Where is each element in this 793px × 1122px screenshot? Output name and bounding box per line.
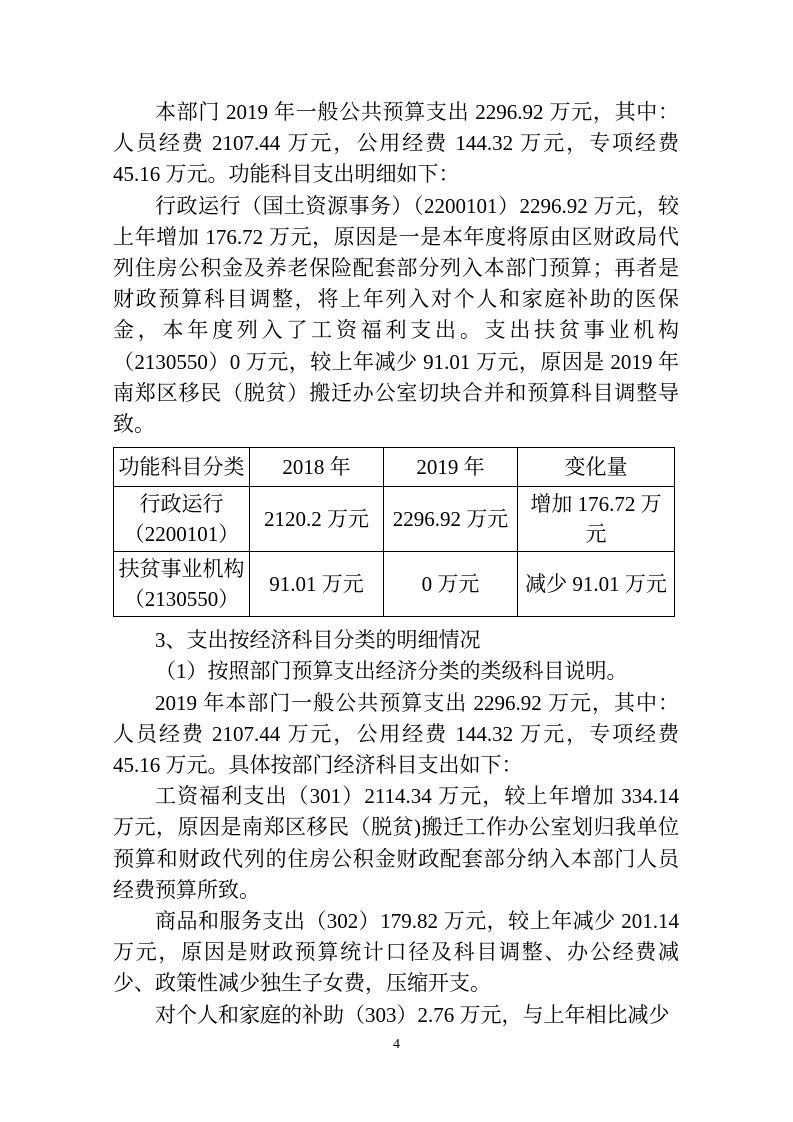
cell-2019-value: 0 万元 bbox=[384, 552, 518, 617]
table-header-row: 功能科目分类 2018 年 2019 年 变化量 bbox=[114, 448, 675, 487]
paragraph-section-heading: 3、支出按经济科目分类的明细情况 bbox=[113, 625, 679, 656]
paragraph-wage-expense: 工资福利支出（301）2114.34 万元，较上年增加 334.14 万元，原因… bbox=[113, 781, 679, 906]
header-cell-category: 功能科目分类 bbox=[114, 448, 250, 487]
cell-category-name: 行政运行 bbox=[116, 489, 247, 519]
cell-change-value: 增加 176.72 万元 bbox=[518, 487, 675, 552]
cell-category-name: 扶贫事业机构 bbox=[116, 554, 247, 584]
paragraph-goods-services-expense: 商品和服务支出（302）179.82 万元，较上年减少 201.14 万元，原因… bbox=[113, 906, 679, 1000]
header-cell-2019: 2019 年 bbox=[384, 448, 518, 487]
header-cell-2018: 2018 年 bbox=[250, 448, 384, 487]
cell-change-value: 减少 91.01 万元 bbox=[518, 552, 675, 617]
budget-comparison-table: 功能科目分类 2018 年 2019 年 变化量 行政运行 （2200101） … bbox=[113, 447, 675, 617]
cell-2018-value: 2120.2 万元 bbox=[250, 487, 384, 552]
header-cell-change: 变化量 bbox=[518, 448, 675, 487]
table-row: 行政运行 （2200101） 2120.2 万元 2296.92 万元 增加 1… bbox=[114, 487, 675, 552]
cell-category: 行政运行 （2200101） bbox=[114, 487, 250, 552]
page-number: 4 bbox=[0, 1036, 793, 1054]
paragraph-individual-family-subsidy: 对个人和家庭的补助（303）2.76 万元，与上年相比减少 bbox=[113, 1000, 679, 1031]
paragraph-economic-summary: 2019 年本部门一般公共预算支出 2296.92 万元，其中：人员经费 210… bbox=[113, 688, 679, 782]
cell-category-code: （2200101） bbox=[116, 519, 247, 549]
paragraph-function-detail: 行政运行（国土资源事务）（2200101）2296.92 万元，较上年增加 17… bbox=[113, 191, 679, 441]
cell-2018-value: 91.01 万元 bbox=[250, 552, 384, 617]
table-row: 扶贫事业机构 （2130550） 91.01 万元 0 万元 减少 91.01 … bbox=[114, 552, 675, 617]
cell-category: 扶贫事业机构 （2130550） bbox=[114, 552, 250, 617]
document-page: 本部门 2019 年一般公共预算支出 2296.92 万元，其中：人员经费 21… bbox=[0, 0, 793, 1122]
paragraph-subsection-heading: （1）按照部门预算支出经济分类的类级科目说明。 bbox=[113, 656, 679, 687]
cell-2019-value: 2296.92 万元 bbox=[384, 487, 518, 552]
paragraph-budget-summary: 本部门 2019 年一般公共预算支出 2296.92 万元，其中：人员经费 21… bbox=[113, 97, 679, 191]
cell-category-code: （2130550） bbox=[116, 584, 247, 614]
document-body: 本部门 2019 年一般公共预算支出 2296.92 万元，其中：人员经费 21… bbox=[113, 97, 679, 1031]
